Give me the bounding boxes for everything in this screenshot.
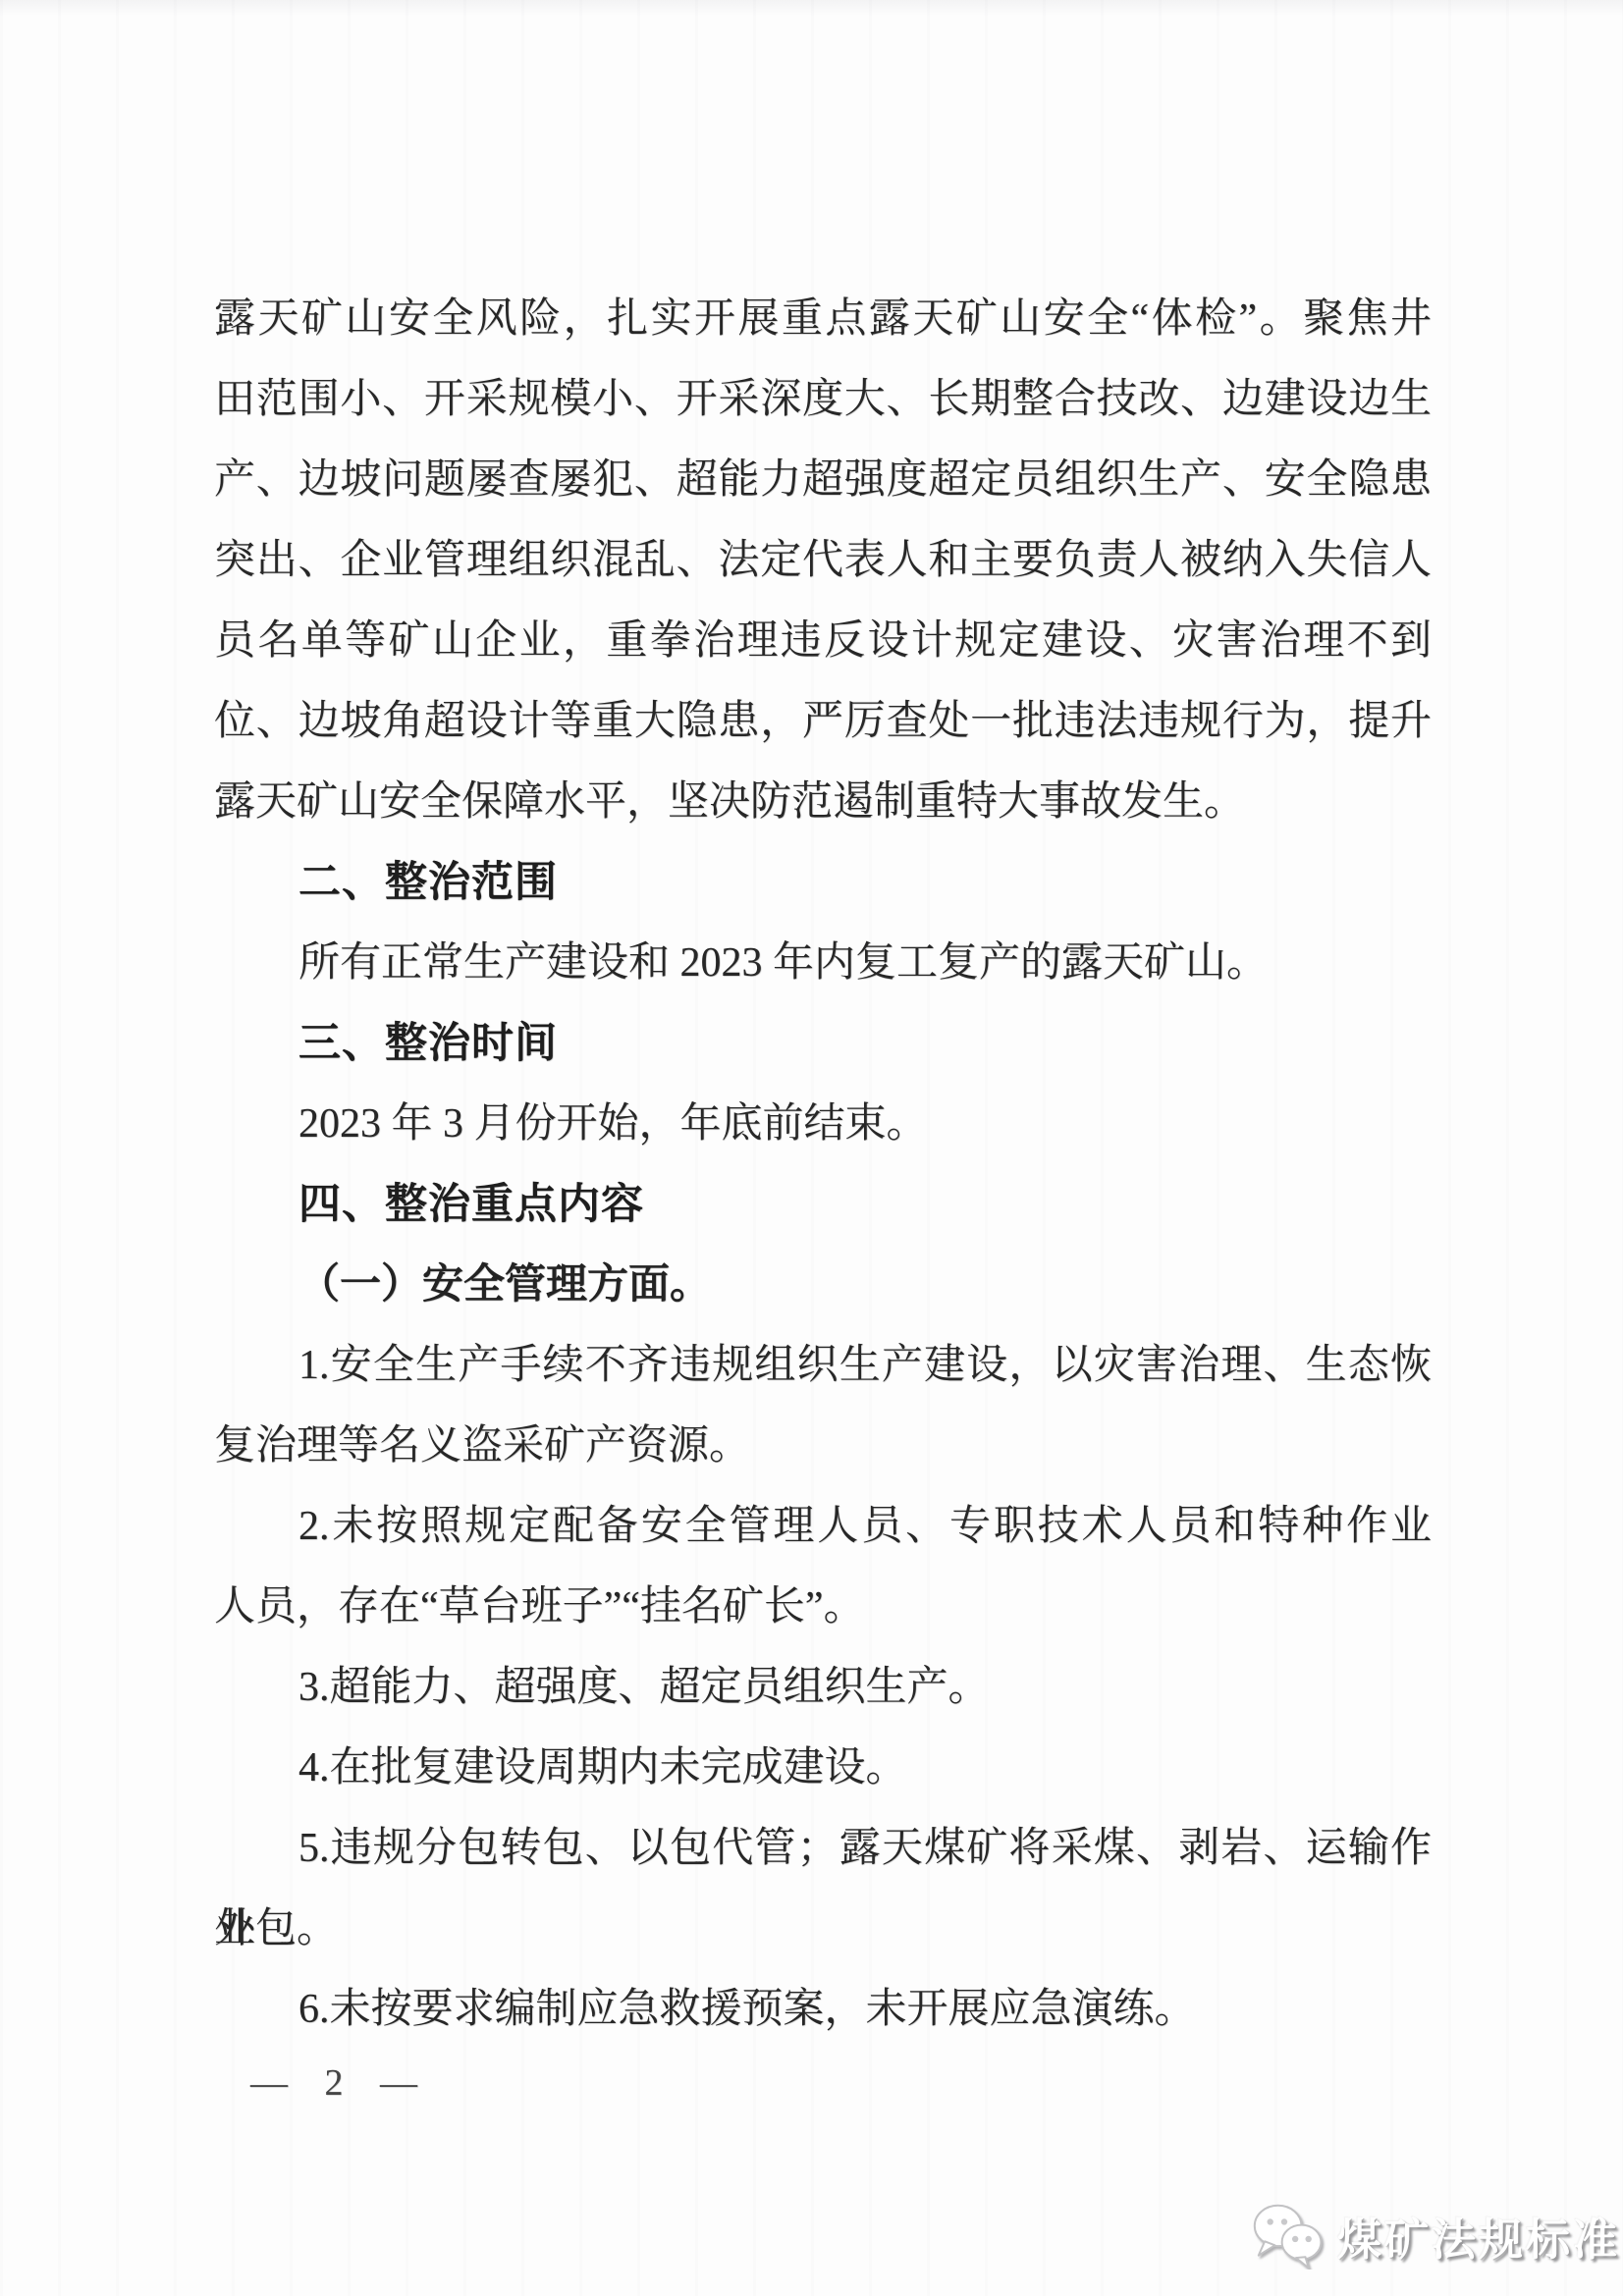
text-line: 员名单等矿山企业，重拳治理违反设计规定建设、灾害治理不到 [214,601,1432,681]
text-line: 复治理等名义盗采矿产资源。 [214,1406,1432,1486]
section-heading: 三、整治时间 [214,1003,1432,1084]
text-line: 2.未按照规定配备安全管理人员、专职技术人员和特种作业 [214,1486,1432,1567]
section-heading: 二、整治范围 [214,842,1432,923]
wechat-icon [1249,2201,1327,2269]
text-line: 1.安全生产手续不齐违规组织生产建设，以灾害治理、生态恢 [214,1325,1432,1406]
text-line: 田范围小、开采规模小、开采深度大、长期整合技改、边建设边生 [214,359,1432,440]
text-line: 突出、企业管理组织混乱、法定代表人和主要负责人被纳入失信人 [214,520,1432,601]
text-line: 3.超能力、超强度、超定员组织生产。 [214,1647,1432,1728]
text-line: 露天矿山安全风险，扎实开展重点露天矿山安全“体检”。聚焦井 [214,279,1432,359]
text-line: 露天矿山安全保障水平，坚决防范遏制重特大事故发生。 [214,762,1432,842]
text-line: 位、边坡角超设计等重大隐患，严厉查处一批违法违规行为，提升 [214,681,1432,762]
text-line: 6.未按要求编制应急救援预案，未开展应急演练。 [214,1969,1432,2050]
page-number: — 2 — [250,2059,419,2107]
text-line: 产、边坡问题屡查屡犯、超能力超强度超定员组织生产、安全隐患 [214,440,1432,520]
text-line: 外包。 [214,1889,1432,1969]
text-line: 人员，存在“草台班子”“挂名矿长”。 [214,1567,1432,1647]
watermark: 煤矿法规标准 [1249,2201,1620,2269]
text-line: 所有正常生产建设和 2023 年内复工复产的露天矿山。 [214,923,1432,1003]
sub-heading: （一）安全管理方面。 [214,1245,1432,1325]
text-line: 4.在批复建设周期内未完成建设。 [214,1728,1432,1808]
watermark-text: 煤矿法规标准 [1337,2204,1620,2268]
document-body: 露天矿山安全风险，扎实开展重点露天矿山安全“体检”。聚焦井田范围小、开采规模小、… [214,279,1432,2050]
text-line: 2023 年 3 月份开始，年底前结束。 [214,1084,1432,1164]
text-line: 5.违规分包转包、以包代管；露天煤矿将采煤、剥岩、运输作业 [214,1808,1432,1889]
document-page: 露天矿山安全风险，扎实开展重点露天矿山安全“体检”。聚焦井田范围小、开采规模小、… [0,0,1623,2296]
section-heading: 四、整治重点内容 [214,1164,1432,1245]
